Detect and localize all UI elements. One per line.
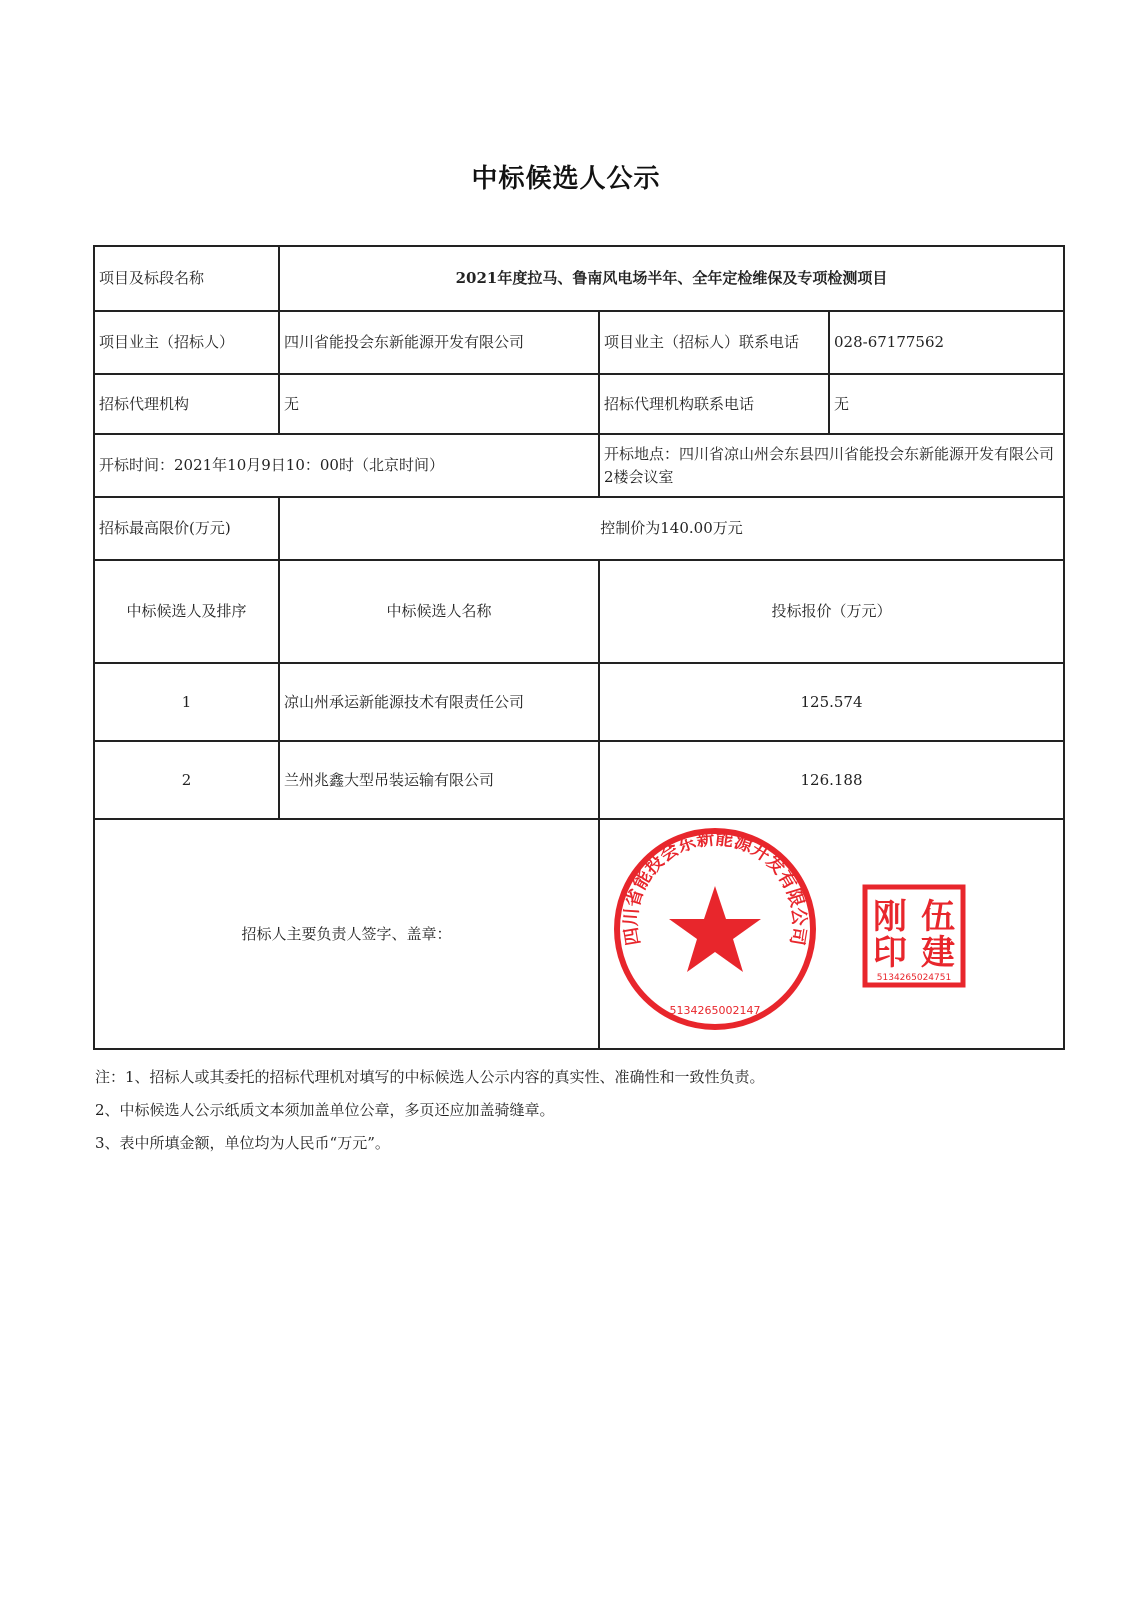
svg-text:5134265024751: 5134265024751 (877, 973, 951, 983)
candidate-rank: 2 (94, 741, 279, 819)
table-row: 2 兰州兆鑫大型吊装运输有限公司 126.188 (94, 741, 1064, 819)
owner-phone-value: 028-67177562 (829, 311, 1064, 374)
personal-seal-icon: 刚 伍 印 建 5134265024751 (862, 884, 966, 988)
project-label: 项目及标段名称 (94, 246, 279, 311)
notes: 注：1、招标人或其委托的招标代理机对填写的中标候选人公示内容的真实性、准确性和一… (95, 1070, 765, 1169)
note-3: 3、表中所填金额，单位均为人民币“万元”。 (95, 1136, 765, 1151)
note-1: 注：1、招标人或其委托的招标代理机对填写的中标候选人公示内容的真实性、准确性和一… (95, 1070, 765, 1085)
owner-label: 项目业主（招标人） (94, 311, 279, 374)
stamp-area: 四川省能投会东新能源开发有限公司 5134265002147 刚 伍 印 建 5… (599, 819, 1064, 1049)
owner-row: 项目业主（招标人） 四川省能投会东新能源开发有限公司 项目业主（招标人）联系电话… (94, 311, 1064, 374)
note-2: 2、中标候选人公示纸质文本须加盖单位公章，多页还应加盖骑缝章。 (95, 1103, 765, 1118)
project-value: 2021年度拉马、鲁南风电场半年、全年定检维保及专项检测项目 (279, 246, 1064, 311)
agency-phone-label: 招标代理机构联系电话 (599, 374, 829, 434)
signature-label: 招标人主要负责人签字、盖章： (94, 819, 599, 1049)
agency-phone-value: 无 (829, 374, 1064, 434)
max-price-row: 招标最高限价(万元) 控制价为140.00万元 (94, 497, 1064, 560)
candidate-price: 126.188 (599, 741, 1064, 819)
svg-text:伍: 伍 (921, 897, 955, 937)
agency-value: 无 (279, 374, 599, 434)
opening-row: 开标时间：2021年10月9日10：00时（北京时间） 开标地点：四川省凉山州会… (94, 434, 1064, 497)
max-price-label: 招标最高限价(万元) (94, 497, 279, 560)
candidate-header-row: 中标候选人及排序 中标候选人名称 投标报价（万元） (94, 560, 1064, 663)
max-price-value: 控制价为140.00万元 (279, 497, 1064, 560)
opening-place: 开标地点：四川省凉山州会东县四川省能投会东新能源开发有限公司2楼会议室 (599, 434, 1064, 497)
signature-row: 招标人主要负责人签字、盖章： 四川省能投会东新能源开发有限公司 51342650… (94, 819, 1064, 1049)
header-name: 中标候选人名称 (279, 560, 599, 663)
svg-text:印: 印 (873, 933, 907, 973)
opening-time: 开标时间：2021年10月9日10：00时（北京时间） (94, 434, 599, 497)
announcement-table: 项目及标段名称 2021年度拉马、鲁南风电场半年、全年定检维保及专项检测项目 项… (93, 245, 1065, 1050)
candidate-price: 125.574 (599, 663, 1064, 741)
table-row: 1 凉山州承运新能源技术有限责任公司 125.574 (94, 663, 1064, 741)
owner-phone-label: 项目业主（招标人）联系电话 (599, 311, 829, 374)
candidate-rank: 1 (94, 663, 279, 741)
project-row: 项目及标段名称 2021年度拉马、鲁南风电场半年、全年定检维保及专项检测项目 (94, 246, 1064, 311)
svg-text:刚: 刚 (873, 897, 907, 937)
header-rank: 中标候选人及排序 (94, 560, 279, 663)
header-price: 投标报价（万元） (599, 560, 1064, 663)
company-seal-icon: 四川省能投会东新能源开发有限公司 5134265002147 (610, 824, 820, 1034)
agency-label: 招标代理机构 (94, 374, 279, 434)
page-title: 中标候选人公示 (0, 158, 1132, 195)
agency-row: 招标代理机构 无 招标代理机构联系电话 无 (94, 374, 1064, 434)
owner-value: 四川省能投会东新能源开发有限公司 (279, 311, 599, 374)
svg-text:建: 建 (921, 933, 955, 973)
candidate-name: 兰州兆鑫大型吊装运输有限公司 (279, 741, 599, 819)
svg-text:5134265002147: 5134265002147 (670, 1004, 761, 1017)
candidate-name: 凉山州承运新能源技术有限责任公司 (279, 663, 599, 741)
